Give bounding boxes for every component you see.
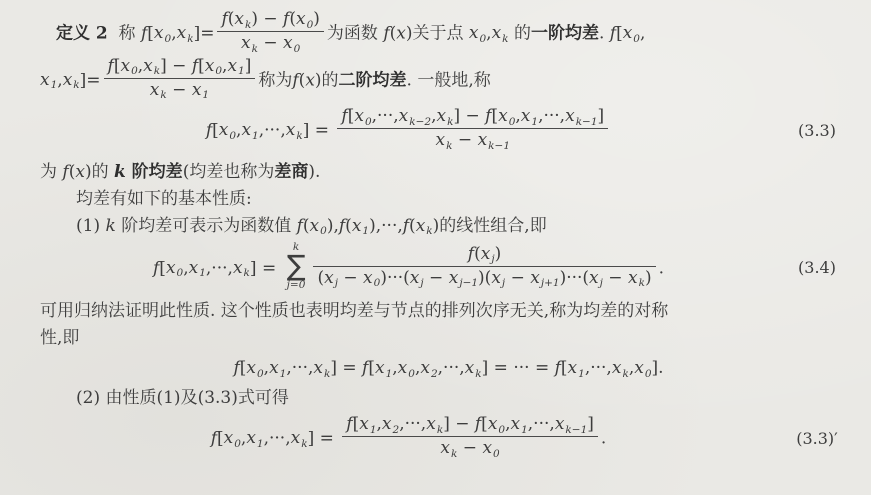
fraction-denominator: (xj − x0)···(xj − xj−1)(xj − xj+1)···(xj…	[313, 267, 655, 289]
text-line: (2) 由性质(1)及(3.3)式可得	[40, 385, 857, 411]
equation-number: (3.3)′	[777, 427, 857, 451]
text-run: )···(	[560, 268, 589, 288]
math-variable: xj	[410, 268, 424, 288]
sum-lower-limit: j=0	[287, 280, 306, 292]
display-equation: f[x0,x1,···,xk] = k∑j=0f(xj)(xj − x0)···…	[40, 244, 857, 294]
subscript: j−1	[459, 277, 478, 289]
text-run: −	[603, 268, 628, 288]
math-variable: xk	[416, 216, 433, 236]
text-run: (2) 由性质(1)及(3.3)式可得	[76, 388, 289, 408]
math-variable: x	[75, 162, 85, 182]
math-variable: xk	[437, 106, 454, 126]
subscript: 2	[393, 424, 400, 436]
math-variable: x0	[469, 23, 486, 43]
text-run: )	[85, 162, 92, 182]
subscript: 0	[493, 448, 500, 460]
math-variable: xk	[143, 56, 160, 76]
subscript: k−1	[488, 140, 510, 152]
math-variable: xk	[234, 9, 251, 29]
text-run: 为	[40, 162, 62, 182]
math-variable: xk	[286, 120, 303, 140]
text-run: −	[453, 130, 478, 150]
math-variable: xk	[150, 80, 167, 100]
math-variable: x0	[398, 358, 415, 378]
text-run: ,···,	[286, 358, 313, 378]
text-run: ,···,	[585, 358, 612, 378]
text-run: ,	[392, 358, 397, 378]
text-run: [	[353, 414, 360, 434]
sigma-icon: ∑	[287, 253, 306, 280]
math-variable: x0	[296, 9, 313, 29]
text-run: ] =	[330, 358, 362, 378]
math-variable: x0	[154, 23, 171, 43]
text-run: (	[228, 9, 235, 29]
math-variable: x0	[623, 23, 640, 43]
text-run: [	[114, 56, 121, 76]
fraction: f[x1,x2,···,xk] − f[x0,x1,···,xk−1]xk − …	[342, 414, 598, 460]
text-run: −	[167, 80, 192, 100]
subscript: 0	[645, 368, 652, 380]
text-run: [	[212, 120, 219, 140]
text-run: )	[315, 70, 322, 90]
math-variable: x0	[219, 120, 236, 140]
text-run: 为函数	[327, 23, 383, 43]
math-variable: x1	[192, 80, 209, 100]
subscript: k−2	[409, 116, 431, 128]
math-variable: x0	[166, 258, 183, 278]
fraction-numerator: f[x0,···,xk−2,xk] − f[x0,x1,···,xk−1]	[337, 106, 608, 129]
math-variable: x2	[420, 358, 437, 378]
text-run: ] = ··· =	[482, 358, 555, 378]
text-run: )···(	[380, 268, 409, 288]
text-run: ,	[486, 23, 491, 43]
text-run: )	[313, 9, 320, 29]
text-run: . 一般地,称	[407, 70, 491, 90]
subscript: 0	[307, 19, 314, 31]
text-run: ]	[245, 56, 252, 76]
text-run: ,···,	[264, 428, 291, 448]
math-variable: x1	[375, 358, 392, 378]
display-equation: f[x0,x1,···,xk] = f[x0,···,xk−2,xk] − f[…	[40, 108, 857, 154]
math-variable: xk	[291, 428, 308, 448]
math-variable: xj	[324, 268, 338, 288]
math-variable: xk	[612, 358, 629, 378]
text-run: ,···,	[528, 414, 555, 434]
text-run: [	[348, 106, 355, 126]
text-run: )(	[478, 268, 491, 288]
fraction-denominator: xk − x0	[342, 437, 598, 459]
text-run: (	[317, 268, 324, 288]
display-equation: f[x0,x1,···,xk] = f[x1,x0,x2,···,xk] = ·…	[40, 356, 857, 380]
text-run: ,	[138, 56, 143, 76]
fraction: f[x0,xk] − f[x0,x1]xk − x1	[104, 56, 256, 102]
math-variable: x0	[498, 106, 515, 126]
subscript: 0	[498, 424, 505, 436]
text-run: ] =	[250, 258, 282, 278]
math-variable: x0	[120, 56, 137, 76]
subscript: 1	[531, 116, 538, 128]
subscript: 0	[320, 225, 327, 237]
text-run: 称	[108, 23, 141, 43]
text-run: )	[495, 244, 502, 264]
math-variable: x2	[382, 414, 399, 434]
math-variable: x	[396, 23, 406, 43]
math-variable: x1	[359, 414, 376, 434]
math-variable: x1	[352, 216, 369, 236]
math-variable: x0	[205, 56, 222, 76]
text-run: ),	[327, 216, 339, 236]
subscript: 2	[431, 368, 438, 380]
math-variable: x0	[224, 428, 241, 448]
text-line: 为 f(x)的 k 阶均差(均差也称为差商).	[40, 159, 857, 185]
math-variable: x1	[241, 120, 258, 140]
text-run: −	[258, 33, 283, 53]
math-variable: xj−1	[449, 268, 478, 288]
text-run: [	[491, 106, 498, 126]
fraction: f[x0,···,xk−2,xk] − f[x0,x1,···,xk−1]xk …	[337, 106, 608, 152]
text-run: (	[409, 216, 416, 236]
subscript: 1	[202, 89, 209, 101]
display-equation: f[x0,x1,···,xk] = f[x1,x2,···,xk] − f[x0…	[40, 416, 857, 462]
math-variable: x1	[269, 358, 286, 378]
text-run: ,	[183, 258, 188, 278]
subscript: 0	[234, 438, 241, 450]
math-variable: xk	[63, 70, 80, 90]
subscript: 0	[408, 368, 415, 380]
text-run: ).	[308, 162, 320, 182]
text-run: ] =	[308, 428, 340, 448]
summation-symbol: k∑j=0	[287, 242, 306, 292]
text-run: [	[217, 428, 224, 448]
math-variable: x1	[568, 358, 585, 378]
text-run: ]	[587, 414, 594, 434]
fraction-numerator: f[x1,x2,···,xk] − f[x0,x1,···,xk−1]	[342, 414, 598, 437]
text-run: 的	[509, 23, 531, 43]
subscript: k−1	[576, 116, 598, 128]
text-run: ,···,	[372, 106, 399, 126]
math-variable: xk−2	[399, 106, 431, 126]
math-variable: x1	[227, 56, 244, 76]
text-line: 可用归纳法证明此性质. 这个性质也表明均差与节点的排列次序无关,称为均差的对称	[40, 298, 857, 324]
math-variable: k	[114, 162, 126, 182]
text-run: −	[424, 268, 449, 288]
text-run: ),···,	[369, 216, 403, 236]
math-variable: x0	[310, 216, 327, 236]
math-variable: x0	[283, 33, 300, 53]
math-variable: xk	[465, 358, 482, 378]
text-run: (1)	[76, 216, 105, 236]
fraction-numerator: f(xk) − f(x0)	[217, 9, 323, 32]
math-variable: xk−1	[555, 414, 587, 434]
text-run: 阶均差可表示为函数值	[116, 216, 297, 236]
text-run: ]=	[194, 23, 215, 43]
subscript: 0	[215, 65, 222, 77]
math-variable: k	[105, 216, 115, 236]
fraction-denominator: xk − x1	[104, 79, 256, 101]
text-run: ]	[598, 106, 605, 126]
text-run: .	[659, 258, 664, 278]
subscript: 0	[257, 368, 264, 380]
text-run: 可用归纳法证明此性质. 这个性质也表明均差与节点的排列次序无关,称为均差的对称	[40, 301, 668, 321]
text-run: 的线性组合,即	[439, 216, 546, 236]
text-run: 关于点	[412, 23, 468, 43]
text-run: [	[159, 258, 166, 278]
text-run: ].	[652, 358, 664, 378]
subscript: 1	[521, 424, 528, 436]
text-run: ,···,	[538, 106, 565, 126]
text-run: [	[481, 414, 488, 434]
text-run: .	[599, 23, 610, 43]
equation-number: (3.4)	[777, 256, 857, 280]
math-variable: xk	[440, 438, 457, 458]
subscript: 0	[374, 277, 381, 289]
text-line: 性,即	[40, 325, 857, 351]
math-variable: x1	[189, 258, 206, 278]
text-run: ] −	[453, 106, 485, 126]
text-run: (	[289, 9, 296, 29]
math-variable: x0	[363, 268, 380, 288]
math-variable: xk	[436, 130, 453, 150]
fraction-denominator: xk − x0	[217, 32, 323, 54]
text-run: ] −	[160, 56, 192, 76]
text-run: [	[147, 23, 154, 43]
text-run: ,	[377, 414, 382, 434]
subscript: 0	[294, 43, 301, 55]
math-variable: xk−1	[565, 106, 597, 126]
text-run: 的	[322, 70, 339, 90]
text-line: 均差有如下的基本性质:	[40, 186, 857, 212]
text-run: )	[645, 268, 652, 288]
equation-formula: f[x0,x1,···,xk] = f[x1,x0,x2,···,xk] = ·…	[40, 356, 857, 380]
fraction: f(xk) − f(x0)xk − x0	[217, 9, 323, 55]
subscript: k−1	[565, 424, 587, 436]
math-variable: xk	[233, 258, 250, 278]
subscript: 0	[509, 116, 516, 128]
text-run: (	[345, 216, 352, 236]
text-run: 二阶均差	[339, 70, 407, 90]
text-run: ,	[640, 23, 645, 43]
text-run: −	[338, 268, 363, 288]
math-variable: x0	[246, 358, 263, 378]
text-run: 定义 2	[56, 23, 108, 43]
math-variable: xj+1	[530, 268, 559, 288]
text-run: ,···,	[259, 120, 286, 140]
text-run: ) −	[251, 9, 283, 29]
math-variable: xj	[481, 244, 495, 264]
text-run: (均差也称为	[183, 162, 275, 182]
math-variable: xk	[492, 23, 509, 43]
subscript: 0	[633, 33, 640, 45]
math-variable: xj	[491, 268, 505, 288]
math-variable: x1	[511, 414, 528, 434]
math-variable: x1	[521, 106, 538, 126]
text-run: 阶均差	[126, 162, 183, 182]
equation-formula: f[x0,x1,···,xk] = f[x0,···,xk−2,xk] − f[…	[40, 108, 777, 154]
text-run: ,···,	[438, 358, 465, 378]
subscript: 1	[252, 130, 259, 142]
math-variable: xk	[426, 414, 443, 434]
math-variable: xj	[589, 268, 603, 288]
text-run: [	[616, 23, 623, 43]
math-variable: xk	[241, 33, 258, 53]
text-run: ] −	[443, 414, 475, 434]
equation-formula: f[x0,x1,···,xk] = k∑j=0f(xj)(xj − x0)···…	[40, 244, 777, 294]
math-variable: xk	[313, 358, 330, 378]
text-run: .	[601, 428, 606, 448]
math-variable: xk	[177, 23, 194, 43]
subscript: 1	[257, 438, 264, 450]
text-run: 差商	[274, 162, 308, 182]
equation-number: (3.3)	[777, 119, 857, 143]
text-run: 均差有如下的基本性质:	[76, 189, 252, 209]
fraction-numerator: f[x0,xk] − f[x0,x1]	[104, 56, 256, 79]
fraction: f(xj)(xj − x0)···(xj − xj−1)(xj − xj+1)·…	[313, 244, 655, 290]
text-run: ,	[171, 23, 176, 43]
math-variable: x0	[634, 358, 651, 378]
math-variable: xk−1	[478, 130, 510, 150]
text-run: (	[303, 216, 310, 236]
subscript: 1	[199, 267, 206, 279]
text-run: [	[561, 358, 568, 378]
textbook-page: 定义 2 称 f[x0,xk]=f(xk) − f(x0)xk − x0为函数 …	[0, 0, 871, 495]
text-line: 定义 2 称 f[x0,xk]=f(xk) − f(x0)xk − x0为函数 …	[40, 11, 857, 57]
document-content: 定义 2 称 f[x0,xk]=f(xk) − f(x0)xk − x0为函数 …	[40, 11, 857, 462]
text-run: 称为	[258, 70, 292, 90]
text-run: ,···,	[399, 414, 426, 434]
text-run: −	[457, 438, 482, 458]
math-variable: x0	[354, 106, 371, 126]
text-run: −	[505, 268, 530, 288]
text-run: ] =	[303, 120, 335, 140]
text-run: 一阶均差	[531, 23, 599, 43]
subscript: 1	[578, 368, 585, 380]
text-run: 性,即	[40, 328, 79, 348]
text-run: 的	[92, 162, 114, 182]
math-variable: x1	[246, 428, 263, 448]
fraction-denominator: xk − xk−1	[337, 129, 608, 151]
text-line: x1,xk]=f[x0,xk] − f[x0,x1]xk − x1称为f(x)的…	[40, 58, 857, 104]
fraction-numerator: f(xj)	[313, 244, 655, 267]
math-variable: x0	[482, 438, 499, 458]
equation-formula: f[x0,x1,···,xk] = f[x1,x2,···,xk] − f[x0…	[40, 416, 777, 462]
math-variable: xk	[628, 268, 645, 288]
text-run: [	[368, 358, 375, 378]
math-variable: x1	[40, 70, 57, 90]
text-line: (1) k 阶均差可表示为函数值 f(x0),f(x1),···,f(xk)的线…	[40, 213, 857, 239]
math-variable: x	[305, 70, 315, 90]
subscript: j+1	[541, 277, 560, 289]
math-variable: x0	[488, 414, 505, 434]
text-run: ]=	[80, 70, 101, 90]
text-run: ,···,	[206, 258, 233, 278]
text-run: ,	[57, 70, 62, 90]
